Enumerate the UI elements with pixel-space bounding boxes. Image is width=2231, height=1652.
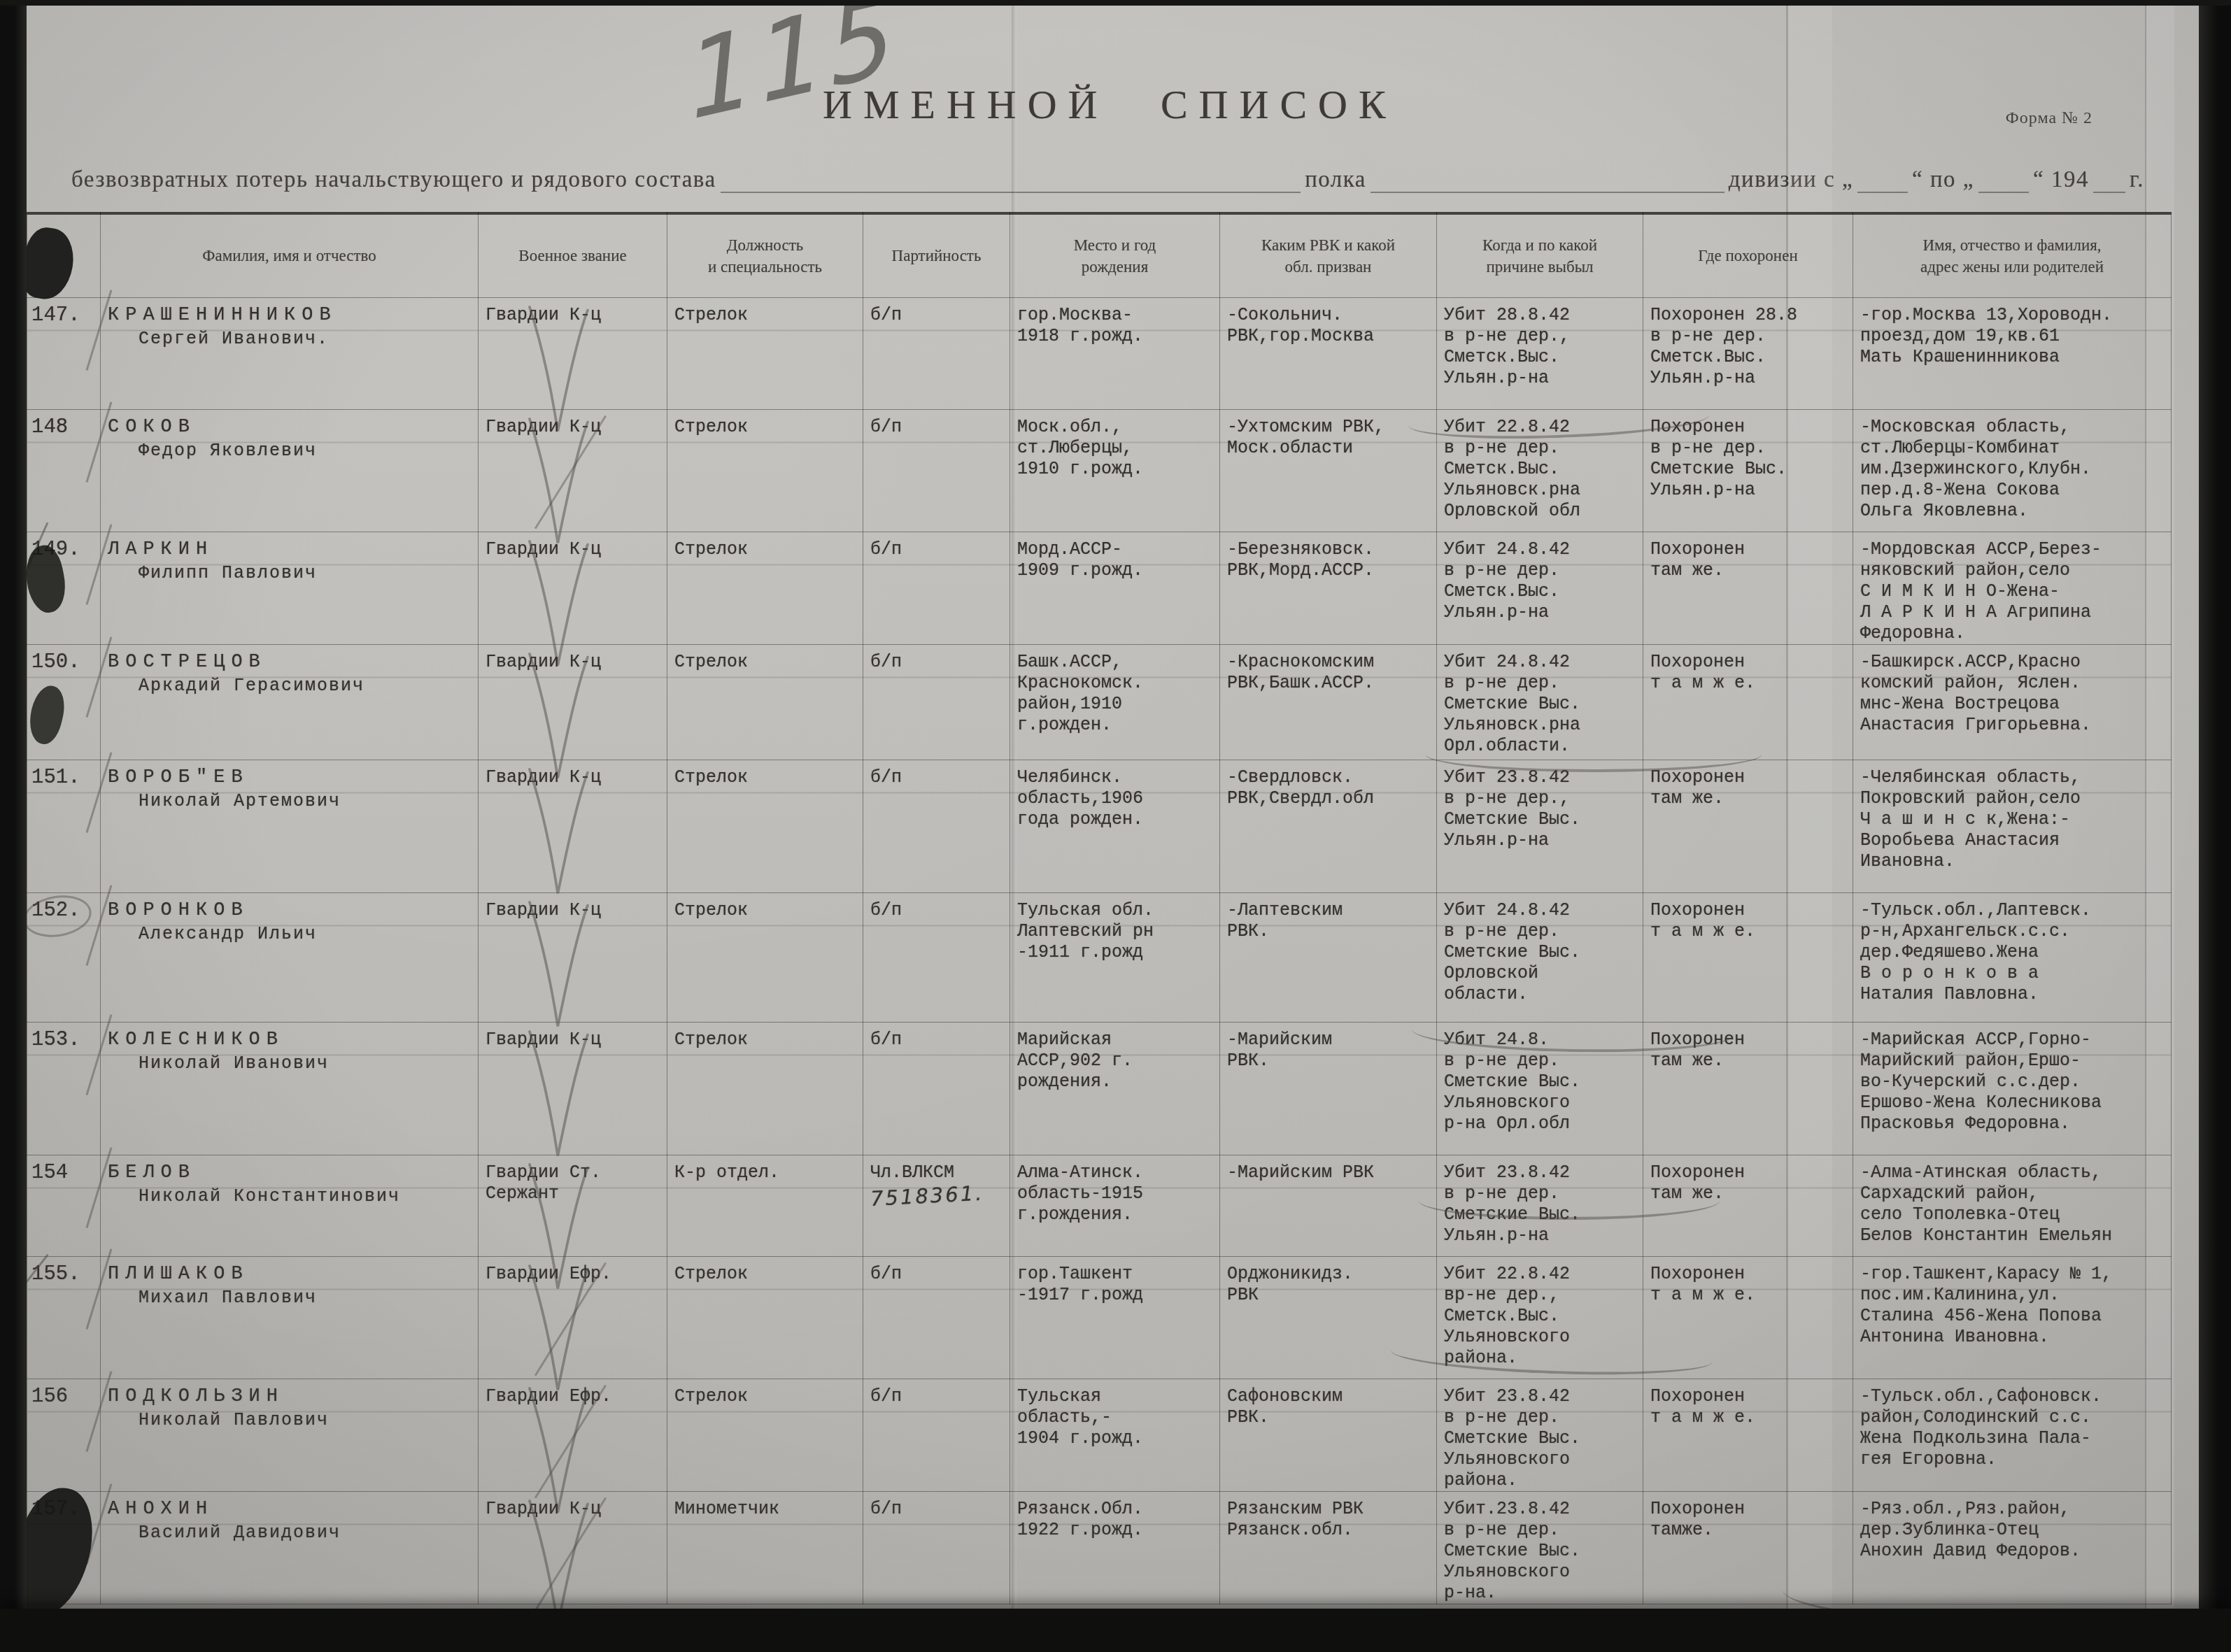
soldier-surname: КРАШЕНИННИКОВ <box>108 305 474 326</box>
cell-name: ВОРОБ"ЕВ Николай Артемович <box>101 760 479 892</box>
cell-position: Стрелок <box>667 1256 863 1379</box>
cell-family-address: -Башкирск.АССР,Красно комский район, Ясл… <box>1853 644 2172 760</box>
cell-rvk: -Ухтомским РВК, Моск.области <box>1220 409 1437 532</box>
cell-party: б/п <box>863 1022 1010 1155</box>
cell-name: ПОДКОЛЬЗИН Николай Павлович <box>101 1379 479 1491</box>
table-row: 150. ВОСТРЕЦОВ Аркадий Герасимович Гвард… <box>27 644 2172 760</box>
cell-birthplace: Алма-Атинск. область-1915 г.рождения. <box>1010 1155 1220 1256</box>
party-text: б/п <box>870 1264 1005 1285</box>
cell-rvk: Орджоникидз. РВК <box>1220 1256 1437 1379</box>
blank-line <box>1371 166 1724 193</box>
cell-rvk: -Лаптевским РВК. <box>1220 892 1437 1022</box>
cell-rank: Гвардии К-ц <box>479 1491 667 1604</box>
cell-position: Стрелок <box>667 297 863 409</box>
cell-rank: Гвардии К-ц <box>479 409 667 532</box>
cell-rank: Гвардии К-ц <box>479 760 667 892</box>
subtitle-lead: безвозвратных потерь начальствующего и р… <box>67 167 721 193</box>
cell-party: б/п <box>863 409 1010 532</box>
cell-birthplace: Тульская обл. Лаптевский рн -1911 г.рожд <box>1010 892 1220 1022</box>
header-party: Партийность <box>863 213 1010 297</box>
cell-family-address: -Тульск.обл.,Сафоновск. район,Солодински… <box>1853 1379 2172 1491</box>
cell-family-address: -Марийская АССР,Горно- Марийский район,Е… <box>1853 1022 2172 1155</box>
cell-party: б/п <box>863 297 1010 409</box>
party-text: б/п <box>870 1030 1005 1051</box>
subtitle-g: г. <box>2125 167 2148 193</box>
cell-position: Стрелок <box>667 1379 863 1491</box>
scan-edge <box>0 0 2231 6</box>
cell-party: б/п <box>863 532 1010 644</box>
document-scan: Форма № 2 115 ИМЕННОЙ СПИСОК безвозвратн… <box>0 0 2231 1652</box>
blank-line <box>1978 166 2029 193</box>
header-family: Имя, отчество и фамилия, адрес жены или … <box>1853 213 2172 297</box>
soldier-surname: СОКОВ <box>108 417 474 438</box>
cell-party: Чл.ВЛКСМ 7518361. <box>863 1155 1010 1256</box>
header-burial: Где похоронен <box>1643 213 1853 297</box>
cell-rank: Гвардии К-ц <box>479 892 667 1022</box>
cell-burial: Похоронен там же. <box>1643 760 1853 892</box>
cell-casualty: Убит.23.8.42 в р-не дер. Сметские Выс. У… <box>1437 1491 1643 1604</box>
soldier-surname: КОЛЕСНИКОВ <box>108 1030 474 1051</box>
cell-party: б/п <box>863 1256 1010 1379</box>
cell-birthplace: Челябинск. область,1906 года рожден. <box>1010 760 1220 892</box>
form-number-label: Форма № 2 <box>2006 109 2092 128</box>
header-position: Должность и специальность <box>667 213 863 297</box>
scan-edge <box>0 1609 2231 1652</box>
soldier-given-names: Николай Павлович <box>139 1410 474 1431</box>
cell-name: КОЛЕСНИКОВ Николай Иванович <box>101 1022 479 1155</box>
soldier-surname: ВОРОНКОВ <box>108 900 474 921</box>
subtitle-division: дивизии с „ <box>1724 167 1857 193</box>
cell-name: ВОРОНКОВ Александр Ильич <box>101 892 479 1022</box>
soldier-surname: ПОДКОЛЬЗИН <box>108 1386 474 1407</box>
cell-rvk: -Краснокомским РВК,Башк.АССР. <box>1220 644 1437 760</box>
cell-casualty: Убит 22.8.42 вр-не дер., Сметск.Выс. Уль… <box>1437 1256 1643 1379</box>
cell-family-address: -Ряз.обл.,Ряз.район, дер.Зублинка-Отец А… <box>1853 1491 2172 1604</box>
soldier-given-names: Николай Константинович <box>139 1186 474 1207</box>
cell-rank: Гвардии К-ц <box>479 532 667 644</box>
handwritten-party-number: 7518361. <box>870 1181 1005 1209</box>
cell-rvk: Рязанским РВК Рязанск.обл. <box>1220 1491 1437 1604</box>
cell-birthplace: Морд.АССР- 1909 г.рожд. <box>1010 532 1220 644</box>
soldier-given-names: Федор Яковлевич <box>139 441 474 462</box>
blank-line <box>721 166 1301 193</box>
cell-party: б/п <box>863 1379 1010 1491</box>
header-birthplace: Место и год рождения <box>1010 213 1220 297</box>
cell-position: Минометчик <box>667 1491 863 1604</box>
cell-position: Стрелок <box>667 532 863 644</box>
cell-position: Стрелок <box>667 644 863 760</box>
cell-name: ПЛИШАКОВ Михаил Павлович <box>101 1256 479 1379</box>
cell-rvk: -Сокольнич. РВК,гор.Москва <box>1220 297 1437 409</box>
cell-family-address: -Тульск.обл.,Лаптевск. р-н,Архангельск.с… <box>1853 892 2172 1022</box>
party-text: б/п <box>870 539 1005 560</box>
cell-position: К-р отдел. <box>667 1155 863 1256</box>
cell-rank: Гвардии Ефр. <box>479 1379 667 1491</box>
cell-burial: Похоронен в р-не дер. Сметские Выс. Улья… <box>1643 409 1853 532</box>
header-rank: Военное звание <box>479 213 667 297</box>
pencil-checkmark-icon <box>515 1027 597 1164</box>
soldier-surname: АНОХИН <box>108 1499 474 1520</box>
cell-casualty: Убит 24.8.42 в р-не дер. Сметские Выс. У… <box>1437 644 1643 760</box>
party-text: б/п <box>870 900 1005 921</box>
pencil-checkmark-icon <box>515 414 597 551</box>
cell-family-address: -Мордовская АССР,Берез- няковский район,… <box>1853 532 2172 644</box>
blank-line <box>1857 166 1908 193</box>
cell-burial: Похоронен 28.8 в р-не дер. Сметск.Выс. У… <box>1643 297 1853 409</box>
soldier-given-names: Николай Артемович <box>139 791 474 812</box>
cell-family-address: -гор.Москва 13,Хороводн. проезд,дом 19,к… <box>1853 297 2172 409</box>
cell-birthplace: гор.Москва- 1918 г.рожд. <box>1010 297 1220 409</box>
table-row: 156 ПОДКОЛЬЗИН Николай Павлович Гвардии … <box>27 1379 2172 1491</box>
cell-burial: Похоронен там же. <box>1643 1022 1853 1155</box>
soldier-surname: ВОСТРЕЦОВ <box>108 652 474 673</box>
cell-rank: Гвардии Ст. Сержант <box>479 1155 667 1256</box>
cell-family-address: -гор.Ташкент,Карасу № 1, пос.им.Калинина… <box>1853 1256 2172 1379</box>
cell-position: Стрелок <box>667 760 863 892</box>
party-text: б/п <box>870 417 1005 438</box>
cell-birthplace: Башк.АССР, Краснокомск. район,1910 г.рож… <box>1010 644 1220 760</box>
cell-family-address: -Челябинская область, Покровский район,с… <box>1853 760 2172 892</box>
cell-name: БЕЛОВ Николай Константинович <box>101 1155 479 1256</box>
cell-birthplace: Моск.обл., ст.Люберцы, 1910 г.рожд. <box>1010 409 1220 532</box>
table-row: 149. ЛАРКИН Филипп Павлович Гвардии К-ц … <box>27 532 2172 644</box>
cell-row-number: 154 <box>27 1155 101 1256</box>
table-row: 154 БЕЛОВ Николай Константинович Гвардии… <box>27 1155 2172 1256</box>
soldier-given-names: Аркадий Герасимович <box>139 676 474 697</box>
soldier-given-names: Николай Иванович <box>139 1053 474 1074</box>
cell-party: б/п <box>863 760 1010 892</box>
cell-birthplace: Марийская АССР,902 г. рождения. <box>1010 1022 1220 1155</box>
cell-row-number: 156 <box>27 1379 101 1491</box>
soldier-surname: ЛАРКИН <box>108 539 474 560</box>
cell-burial: Похоронен т а м ж е. <box>1643 1379 1853 1491</box>
subtitle-po: “ по „ <box>1908 167 1978 193</box>
cell-casualty: Убит 24.8.42 в р-не дер. Сметск.Выс. Уль… <box>1437 532 1643 644</box>
cell-birthplace: Рязанск.Обл. 1922 г.рожд. <box>1010 1491 1220 1604</box>
scan-edge <box>0 0 27 1652</box>
cell-casualty: Убит 24.8. в р-не дер. Сметские Выс. Уль… <box>1437 1022 1643 1155</box>
cell-rvk: Сафоновским РВК. <box>1220 1379 1437 1491</box>
cell-rvk: -Марийским РВК <box>1220 1155 1437 1256</box>
table-row: 148 СОКОВ Федор Яковлевич Гвардии К-ц Ст… <box>27 409 2172 532</box>
cell-party: б/п <box>863 892 1010 1022</box>
cell-burial: Похоронен тамже. <box>1643 1491 1853 1604</box>
document-subtitle: безвозвратных потерь начальствующего и р… <box>67 166 2148 193</box>
table-row: 151. ВОРОБ"ЕВ Николай Артемович Гвардии … <box>27 760 2172 892</box>
cell-rvk: -Свердловск. РВК,Свердл.обл <box>1220 760 1437 892</box>
cell-rank: Гвардии К-ц <box>479 644 667 760</box>
cell-name: КРАШЕНИННИКОВ Сергей Иванович. <box>101 297 479 409</box>
party-text: Чл.ВЛКСМ <box>870 1162 1005 1183</box>
subtitle-year: “ 194 <box>2029 167 2093 193</box>
cell-rank: Гвардии К-ц <box>479 1022 667 1155</box>
cell-burial: Похоронен там же. <box>1643 1155 1853 1256</box>
cell-party: б/п <box>863 1491 1010 1604</box>
paper-sheet: Форма № 2 115 ИМЕННОЙ СПИСОК безвозвратн… <box>27 6 2199 1609</box>
cell-position: Стрелок <box>667 892 863 1022</box>
cell-rvk: -Марийским РВК. <box>1220 1022 1437 1155</box>
cell-birthplace: Тульская область,- 1904 г.рожд. <box>1010 1379 1220 1491</box>
cell-rank: Гвардии Ефр. <box>479 1256 667 1379</box>
header-casualty: Когда и по какой причине выбыл <box>1437 213 1643 297</box>
cell-casualty: Убит 23.8.42 в р-не дер. Сметские Выс. У… <box>1437 1379 1643 1491</box>
subtitle-polka: полка <box>1301 167 1371 193</box>
pencil-checkmark-icon <box>515 897 597 1034</box>
cell-row-number: 147. <box>27 297 101 409</box>
cell-birthplace: гор.Ташкент -1917 г.рожд <box>1010 1256 1220 1379</box>
cell-position: Стрелок <box>667 1022 863 1155</box>
blank-line <box>2093 166 2125 193</box>
table-row: 155. ПЛИШАКОВ Михаил Павлович Гвардии Еф… <box>27 1256 2172 1379</box>
cell-casualty: Убит 23.8.42 в р-не дер. Сметские Выс. У… <box>1437 1155 1643 1256</box>
party-text: б/п <box>870 305 1005 326</box>
soldier-given-names: Александр Ильич <box>139 924 474 945</box>
cell-casualty: Убит 24.8.42 в р-не дер. Сметские Выс. О… <box>1437 892 1643 1022</box>
party-text: б/п <box>870 652 1005 673</box>
party-text: б/п <box>870 1386 1005 1407</box>
table-row: 157. АНОХИН Василий Давидович Гвардии К-… <box>27 1491 2172 1604</box>
cell-burial: Похоронен т а м ж е. <box>1643 892 1853 1022</box>
pencil-checkmark-icon <box>515 1261 597 1398</box>
table-row: 152. ВОРОНКОВ Александр Ильич Гвардии К-… <box>27 892 2172 1022</box>
cell-position: Стрелок <box>667 409 863 532</box>
cell-family-address: -Московская область, ст.Люберцы-Комбинат… <box>1853 409 2172 532</box>
soldier-given-names: Сергей Иванович. <box>139 329 474 350</box>
soldier-surname: ВОРОБ"ЕВ <box>108 767 474 788</box>
party-text: б/п <box>870 767 1005 788</box>
cell-casualty: Убит 22.8.42 в р-не дер. Сметск.Выс. Уль… <box>1437 409 1643 532</box>
soldier-given-names: Филипп Павлович <box>139 563 474 584</box>
cell-burial: Похоронен т а м ж е. <box>1643 1256 1853 1379</box>
cell-family-address: -Алма-Атинская область, Сархадский район… <box>1853 1155 2172 1256</box>
cell-party: б/п <box>863 644 1010 760</box>
cell-name: АНОХИН Василий Давидович <box>101 1491 479 1604</box>
pencil-checkmark-icon <box>515 764 597 902</box>
casualty-table: Фамилия, имя и отчество Военное звание Д… <box>27 212 2172 1604</box>
soldier-given-names: Василий Давидович <box>139 1523 474 1544</box>
table-row: 153. КОЛЕСНИКОВ Николай Иванович Гвардии… <box>27 1022 2172 1155</box>
cell-name: ЛАРКИН Филипп Павлович <box>101 532 479 644</box>
cell-burial: Похоронен там же. <box>1643 532 1853 644</box>
table-header-row: Фамилия, имя и отчество Военное звание Д… <box>27 213 2172 297</box>
party-text: б/п <box>870 1499 1005 1520</box>
cell-rvk: -Березняковск. РВК,Морд.АССР. <box>1220 532 1437 644</box>
cell-burial: Похоронен т а м ж е. <box>1643 644 1853 760</box>
header-name: Фамилия, имя и отчество <box>101 213 479 297</box>
cell-casualty: Убит 28.8.42 в р-не дер., Сметск.Выс. Ул… <box>1437 297 1643 409</box>
cell-casualty: Убит 23.8.42 в р-не дер., Сметские Выс. … <box>1437 760 1643 892</box>
header-rvk: Каким РВК и какой обл. призван <box>1220 213 1437 297</box>
document-title: ИМЕННОЙ СПИСОК <box>823 81 1397 128</box>
soldier-surname: БЕЛОВ <box>108 1162 474 1183</box>
soldier-given-names: Михаил Павлович <box>139 1288 474 1309</box>
cell-name: ВОСТРЕЦОВ Аркадий Герасимович <box>101 644 479 760</box>
soldier-surname: ПЛИШАКОВ <box>108 1264 474 1285</box>
scan-edge <box>2199 0 2231 1652</box>
table-row: 147. КРАШЕНИННИКОВ Сергей Иванович. Гвар… <box>27 297 2172 409</box>
cell-rank: Гвардии К-ц <box>479 297 667 409</box>
cell-name: СОКОВ Федор Яковлевич <box>101 409 479 532</box>
